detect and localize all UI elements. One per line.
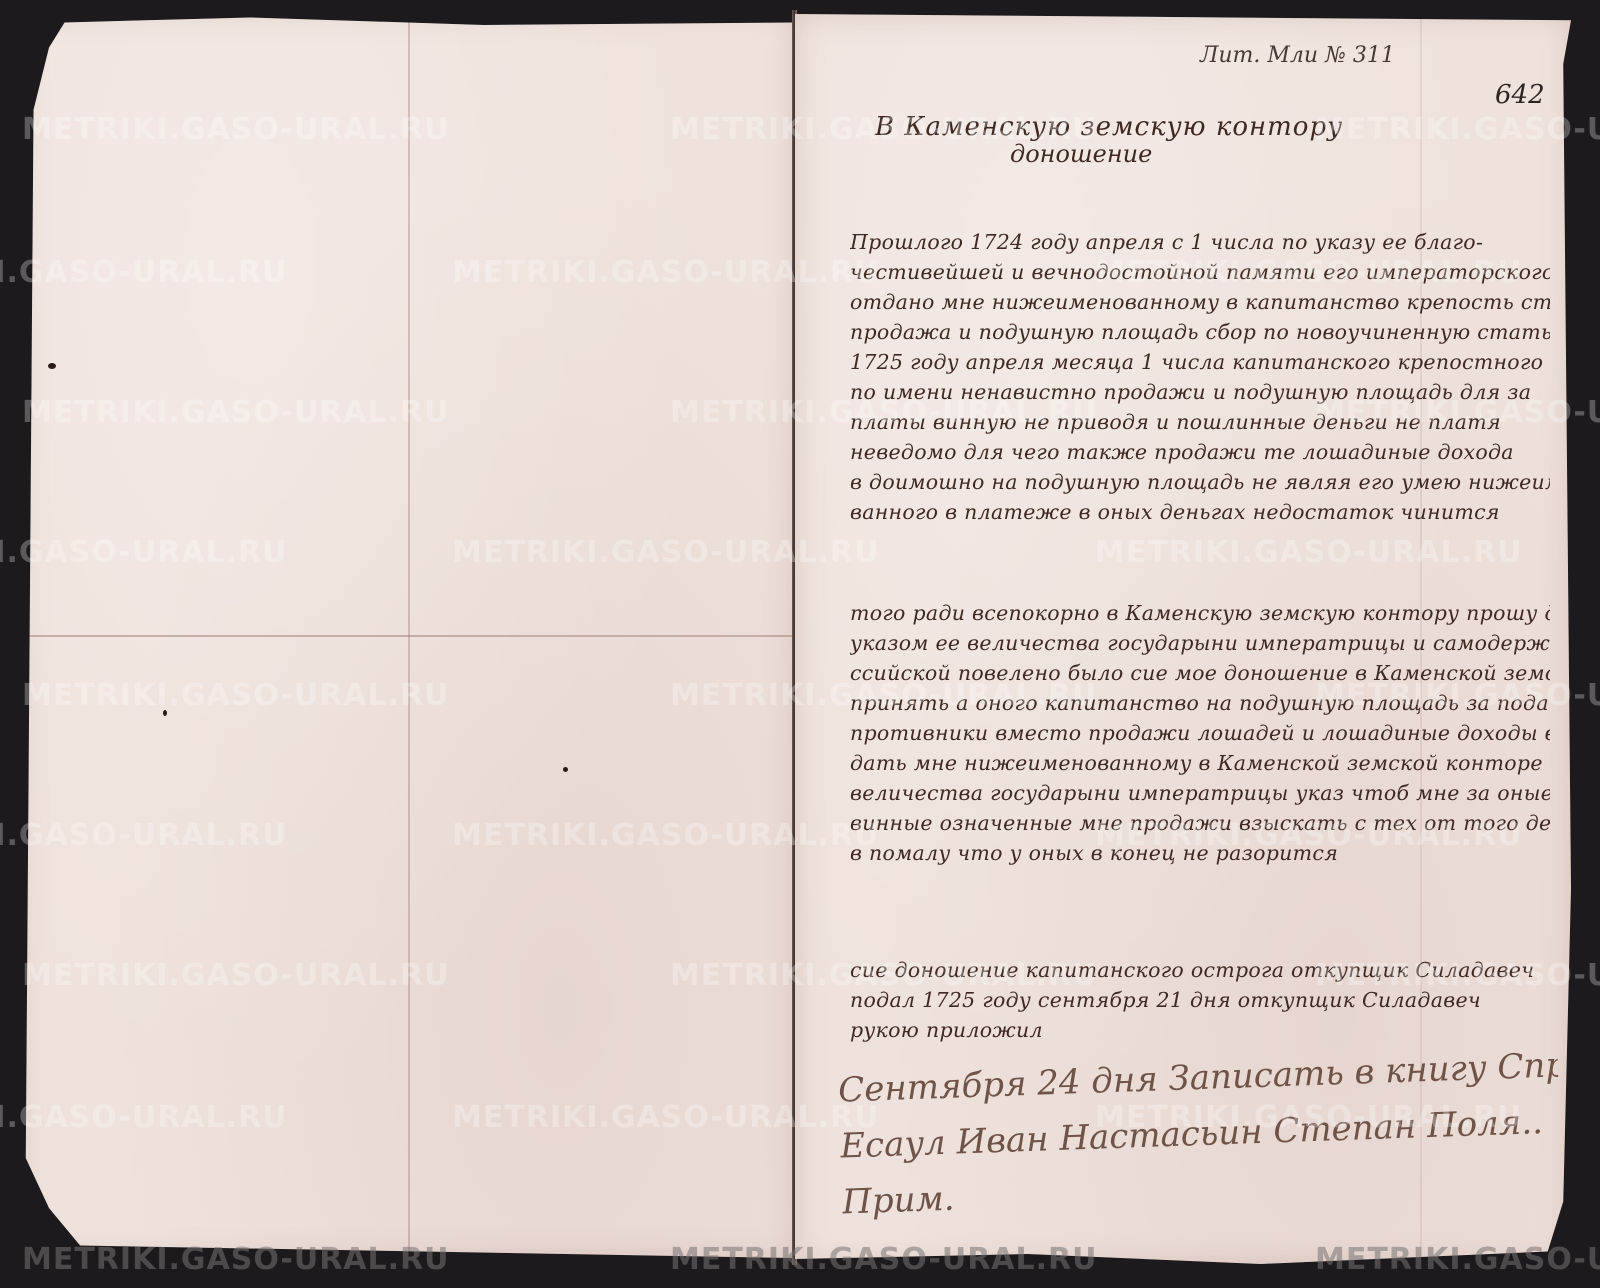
ink-stain	[563, 767, 568, 772]
text-line: ванного в платеже в оных деньгах недоста…	[850, 497, 1550, 527]
text-line: величества государыни императрицы указ ч…	[850, 778, 1550, 808]
text-line: по имени ненавистно продажи и подушную п…	[850, 377, 1550, 407]
text-line: 1725 году апреля месяца 1 числа капитанс…	[850, 347, 1550, 377]
text-line: продажа и подушную площадь сбор по новоу…	[850, 317, 1550, 347]
text-line: в помалу что у оных в конец не разорится	[850, 838, 1550, 868]
ink-stain	[163, 710, 167, 716]
text-line: того ради всепокорно в Каменскую земскую…	[850, 598, 1550, 628]
document-viewer: Лит. Мли № 311 642 В Каменскую земскую к…	[0, 0, 1600, 1288]
ink-stain	[48, 363, 56, 369]
paragraph-1: Прошлого 1724 году апреля с 1 числа по у…	[850, 227, 1550, 527]
text-line: платы винную не приводя и пошлинные день…	[850, 407, 1550, 437]
text-line: принять а оного капитанство на подушную …	[850, 688, 1550, 718]
document-heading: В Каменскую земскую контору	[875, 112, 1343, 142]
text-line: отдано мне нижеименованному в капитанств…	[850, 287, 1550, 317]
text-line: честивейшей и вечнодостойной памяти его …	[850, 257, 1550, 287]
sheet-note: Лит. Мли № 311	[1200, 43, 1395, 68]
text-line: ссийской повелено было сие мое доношение…	[850, 658, 1550, 688]
text-line: указом ее величества государыни императр…	[850, 628, 1550, 658]
text-line: неведомо для чего также продажи те лошад…	[850, 437, 1550, 467]
fold-line-vertical	[408, 10, 410, 1258]
folio-number: 642	[1495, 80, 1545, 110]
document-subheading: доношение	[1010, 140, 1152, 168]
text-line: Прошлого 1724 году апреля с 1 числа по у…	[850, 227, 1550, 257]
paragraph-2: того ради всепокорно в Каменскую земскую…	[850, 598, 1550, 868]
fold-line-horizontal	[18, 635, 794, 637]
text-line: дать мне нижеименованному в Каменской зе…	[850, 748, 1550, 778]
left-page	[18, 10, 794, 1258]
text-line: подал 1725 году сентября 21 дня откупщик…	[850, 985, 1550, 1015]
text-line: в доимошно на подушную площадь не являя …	[850, 467, 1550, 497]
text-line: винные означенные мне продажи взыскать с…	[850, 808, 1550, 838]
signatures-block: Сентября 24 дня Записать в книгу Справ. …	[837, 1037, 1562, 1230]
paragraph-3: сие доношение капитанского острога откуп…	[850, 955, 1550, 1045]
text-line: сие доношение капитанского острога откуп…	[850, 955, 1550, 985]
text-line: противники вместо продажи лошадей и лоша…	[850, 718, 1550, 748]
